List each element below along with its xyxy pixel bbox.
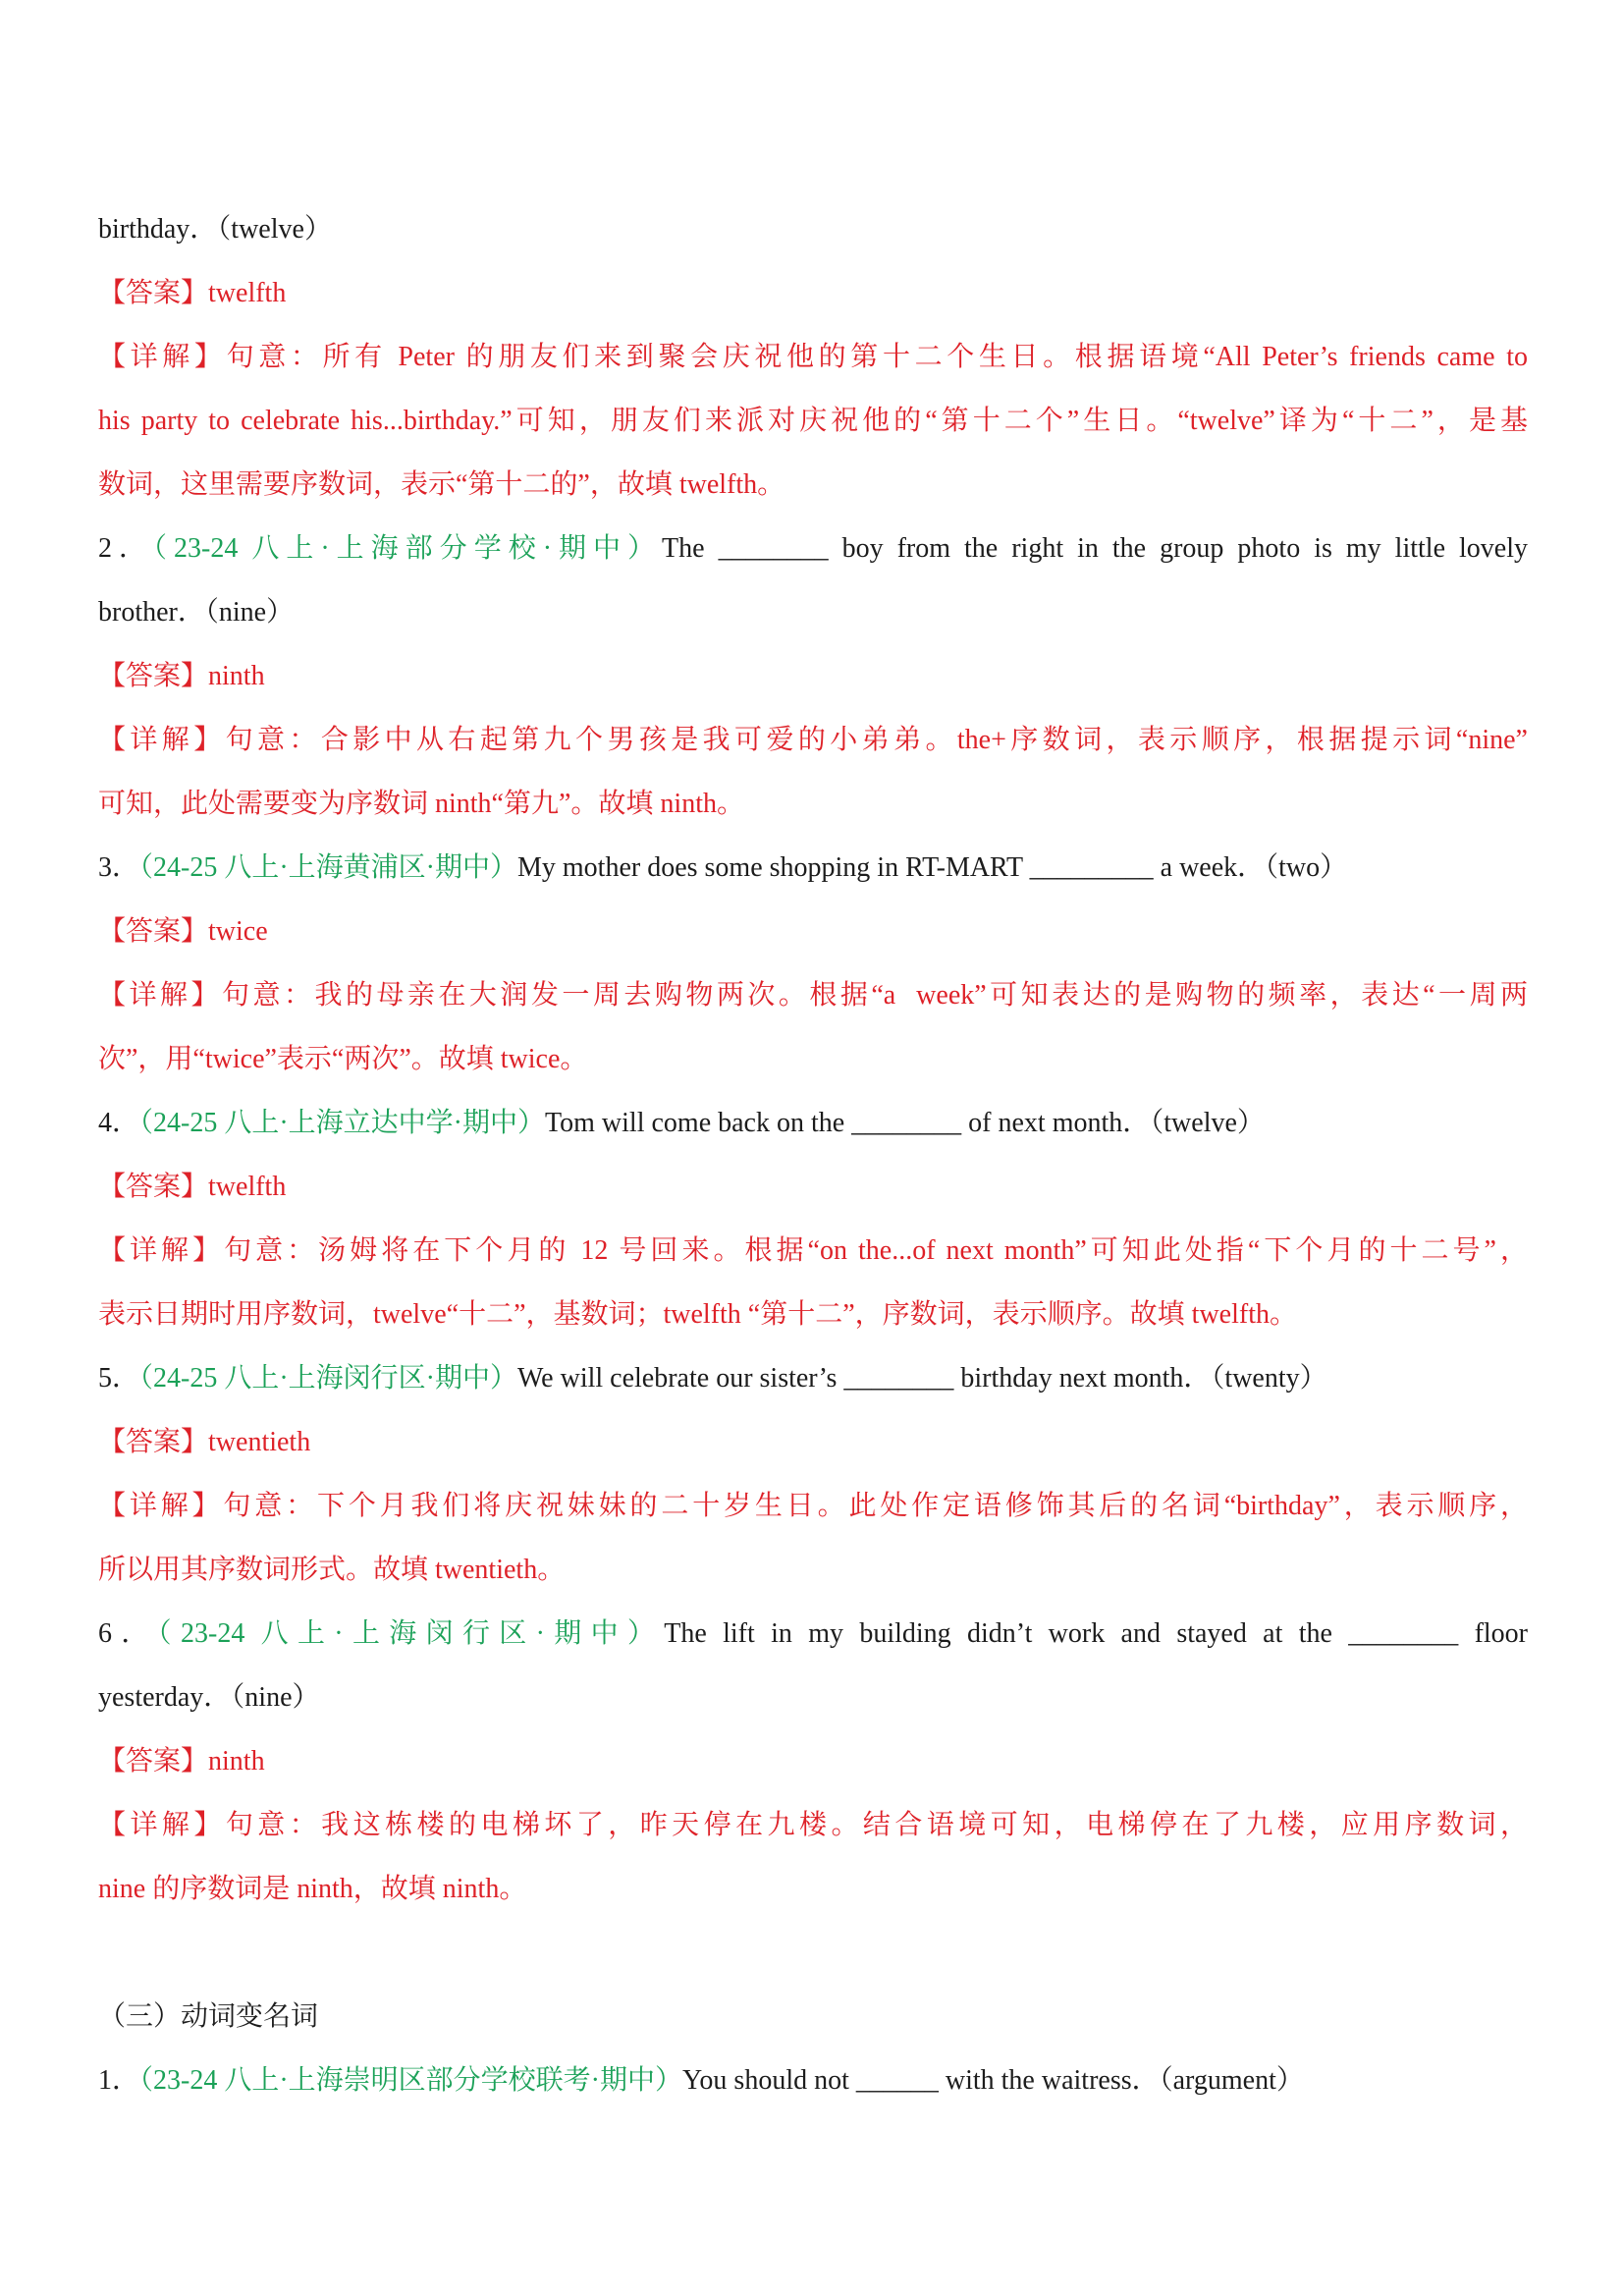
explanation-text: 【详解】句意：合影中从右起第九个男孩是我可爱的小弟弟。the+序数词，表示顺序，… bbox=[98, 725, 1528, 755]
question-text: The ________ boy from the right in the g… bbox=[662, 533, 1528, 564]
question-text: We will celebrate our sister’s ________ … bbox=[517, 1363, 1327, 1394]
explanation-text: 数词，这里需要序数词，表示“第十二的”，故填 twelfth。 bbox=[98, 469, 784, 500]
question-2: 2．（23-24 八上·上海部分学校·期中）The ________ boy f… bbox=[98, 517, 1528, 580]
answer-4: 【答案】twelfth bbox=[98, 1155, 1528, 1219]
answer-marker: 【答案】 bbox=[98, 916, 208, 947]
question-source: （24-25 八上·上海闵行区·期中） bbox=[139, 1363, 517, 1394]
document-page: birthday．（twelve）【答案】twelfth【详解】句意：所有 Pe… bbox=[0, 0, 1623, 2296]
answer-marker: 【答案】 bbox=[98, 278, 208, 308]
question-5: 5．（24-25 八上·上海闵行区·期中）We will celebrate o… bbox=[98, 1346, 1528, 1410]
explanation-5-line-2: 所以用其序数词形式。故填 twentieth。 bbox=[98, 1538, 1528, 1602]
answer-value: twelfth bbox=[208, 1172, 286, 1202]
answer-marker: 【答案】 bbox=[98, 661, 208, 691]
explanation-2-line-2: 可知，此处需要变为序数词 ninth“第九”。故填 ninth。 bbox=[98, 772, 1528, 836]
question-text: yesterday．（nine） bbox=[98, 1682, 320, 1713]
explanation-text: 【详解】句意：汤姆将在下个月的 12 号回来。根据“on the...of ne… bbox=[98, 1235, 1528, 1266]
explanation-text: nine 的序数词是 ninth，故填 ninth。 bbox=[98, 1874, 526, 1904]
answer-3: 【答案】twice bbox=[98, 900, 1528, 963]
explanation-1-line-3: 数词，这里需要序数词，表示“第十二的”，故填 twelfth。 bbox=[98, 453, 1528, 517]
explanation-text: 【详解】句意：所有 Peter 的朋友们来到聚会庆祝他的第十二个生日。根据语境“… bbox=[98, 342, 1528, 372]
answer-value: ninth bbox=[208, 661, 265, 691]
explanation-text: 可知，此处需要变为序数词 ninth“第九”。故填 ninth。 bbox=[98, 789, 744, 819]
explanation-4-line-1: 【详解】句意：汤姆将在下个月的 12 号回来。根据“on the...of ne… bbox=[98, 1219, 1528, 1283]
answer-6: 【答案】ninth bbox=[98, 1729, 1528, 1793]
explanation-text: 表示日期时用序数词，twelve“十二”，基数词；twelfth “第十二”，序… bbox=[98, 1299, 1297, 1330]
question-text: brother．（nine） bbox=[98, 597, 294, 628]
question-source: （24-25 八上·上海立达中学·期中） bbox=[139, 1108, 545, 1138]
explanation-6-line-2: nine 的序数词是 ninth，故填 ninth。 bbox=[98, 1857, 1528, 1921]
question-text: Tom will come back on the ________ of ne… bbox=[545, 1108, 1265, 1138]
explanation-text: 【详解】句意：下个月我们将庆祝妹妹的二十岁生日。此处作定语修饰其后的名词“bir… bbox=[98, 1491, 1528, 1521]
question-source: （24-25 八上·上海黄浦区·期中） bbox=[139, 852, 517, 883]
answer-5: 【答案】twentieth bbox=[98, 1410, 1528, 1474]
answer-value: twice bbox=[208, 916, 268, 947]
question-number: 1． bbox=[98, 2065, 139, 2096]
explanation-3-line-1: 【详解】句意：我的母亲在大润发一周去购物两次。根据“a week”可知表达的是购… bbox=[98, 963, 1528, 1027]
answer-value: twentieth bbox=[208, 1427, 310, 1457]
answer-marker: 【答案】 bbox=[98, 1427, 208, 1457]
answer-value: twelfth bbox=[208, 278, 286, 308]
answer-value: ninth bbox=[208, 1746, 265, 1777]
question-number: 3． bbox=[98, 852, 139, 883]
explanation-5-line-1: 【详解】句意：下个月我们将庆祝妹妹的二十岁生日。此处作定语修饰其后的名词“bir… bbox=[98, 1474, 1528, 1538]
explanation-text: 【详解】句意：我这栋楼的电梯坏了，昨天停在九楼。结合语境可知，电梯停在了九楼，应… bbox=[98, 1810, 1528, 1840]
question-text: birthday．（twelve） bbox=[98, 214, 332, 245]
section-title: （三）动词变名词 bbox=[98, 2001, 318, 2032]
explanation-6-line-1: 【详解】句意：我这栋楼的电梯坏了，昨天停在九楼。结合语境可知，电梯停在了九楼，应… bbox=[98, 1793, 1528, 1857]
explanation-text: 次”，用“twice”表示“两次”。故填 twice。 bbox=[98, 1044, 587, 1074]
explanation-2-line-1: 【详解】句意：合影中从右起第九个男孩是我可爱的小弟弟。the+序数词，表示顺序，… bbox=[98, 708, 1528, 772]
question-number: 5． bbox=[98, 1363, 139, 1394]
question-number: 2． bbox=[98, 533, 153, 564]
question-text: My mother does some shopping in RT-MART … bbox=[517, 852, 1347, 883]
question-1-continuation: birthday．（twelve） bbox=[98, 197, 1528, 261]
section-heading: （三）动词变名词 bbox=[98, 1985, 1528, 2049]
spacer-line bbox=[98, 1921, 1528, 1985]
question-2-continuation: brother．（nine） bbox=[98, 580, 1528, 644]
question-number: 6． bbox=[98, 1618, 158, 1649]
explanation-text: 【详解】句意：我的母亲在大润发一周去购物两次。根据“a week”可知表达的是购… bbox=[98, 980, 1528, 1011]
question-text: The lift in my building didn’t work and … bbox=[664, 1618, 1528, 1649]
answer-marker: 【答案】 bbox=[98, 1172, 208, 1202]
question-6-continuation: yesterday．（nine） bbox=[98, 1666, 1528, 1729]
question-text: You should not ______ with the waitress．… bbox=[682, 2065, 1304, 2096]
answer-1: 【答案】twelfth bbox=[98, 261, 1528, 325]
question-source: （23-24 八上·上海闵行区·期中） bbox=[158, 1618, 665, 1649]
answer-marker: 【答案】 bbox=[98, 1746, 208, 1777]
question-3: 3．（24-25 八上·上海黄浦区·期中）My mother does some… bbox=[98, 836, 1528, 900]
question-source: （23-24 八上·上海崇明区部分学校联考·期中） bbox=[139, 2065, 682, 2096]
explanation-text: 所以用其序数词形式。故填 twentieth。 bbox=[98, 1555, 565, 1585]
question-7: 1．（23-24 八上·上海崇明区部分学校联考·期中）You should no… bbox=[98, 2049, 1528, 2112]
question-number: 4． bbox=[98, 1108, 139, 1138]
explanation-1-line-1: 【详解】句意：所有 Peter 的朋友们来到聚会庆祝他的第十二个生日。根据语境“… bbox=[98, 325, 1528, 389]
question-4: 4．（24-25 八上·上海立达中学·期中）Tom will come back… bbox=[98, 1091, 1528, 1155]
explanation-1-line-2: his party to celebrate his...birthday.”可… bbox=[98, 389, 1528, 453]
explanation-4-line-2: 表示日期时用序数词，twelve“十二”，基数词；twelfth “第十二”，序… bbox=[98, 1283, 1528, 1346]
answer-2: 【答案】ninth bbox=[98, 644, 1528, 708]
question-source: （23-24 八上·上海部分学校·期中） bbox=[153, 533, 662, 564]
explanation-text: his party to celebrate his...birthday.”可… bbox=[98, 406, 1528, 436]
explanation-3-line-2: 次”，用“twice”表示“两次”。故填 twice。 bbox=[98, 1027, 1528, 1091]
question-6: 6．（23-24 八上·上海闵行区·期中）The lift in my buil… bbox=[98, 1602, 1528, 1666]
